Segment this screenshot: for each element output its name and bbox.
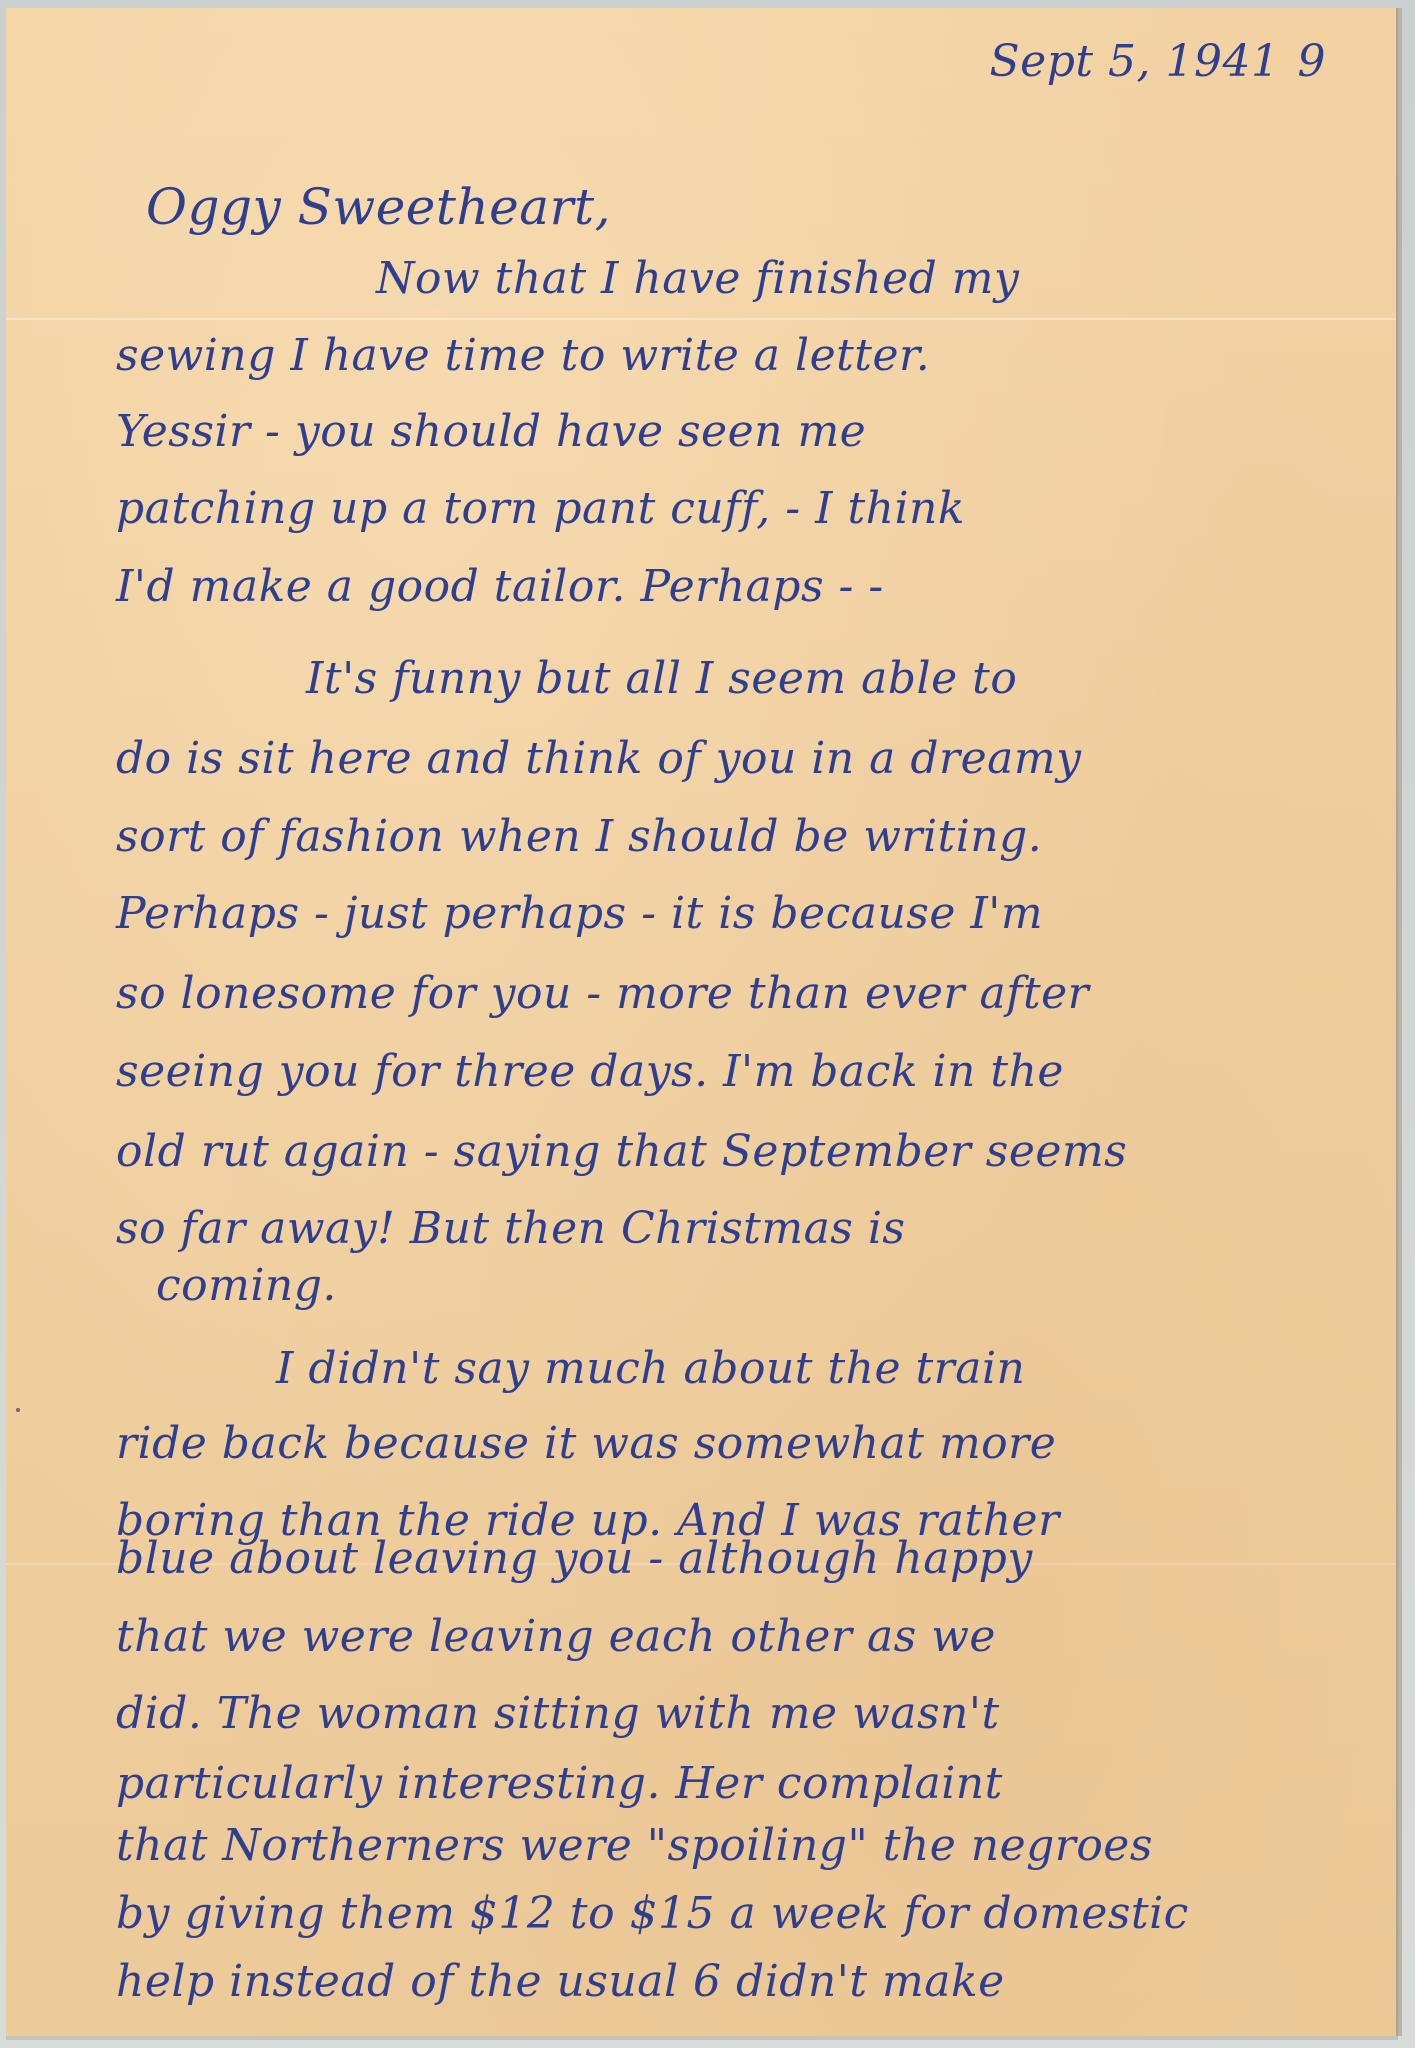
letter-line: help instead of the usual 6 didn't make — [116, 1956, 1005, 2007]
letter-line: Perhaps - just perhaps - it is because I… — [116, 888, 1043, 939]
letter-line: that Northerners were "spoiling" the neg… — [116, 1820, 1153, 1871]
date-text: Sept 5, 1941 — [990, 36, 1280, 87]
letter-line: sort of fashion when I should be writing… — [116, 811, 1042, 862]
letter-line: do is sit here and think of you in a dre… — [116, 733, 1081, 784]
letter-page: Sept 5, 19419 Oggy Sweetheart, Now that … — [6, 8, 1398, 2036]
letter-line: by giving them $12 to $15 a week for dom… — [116, 1888, 1189, 1939]
scan-background: Sept 5, 19419 Oggy Sweetheart, Now that … — [0, 0, 1415, 2048]
letter-line: It's funny but all I seem able to — [306, 653, 1017, 704]
letter-line: blue about leaving you - although happy — [116, 1533, 1033, 1584]
letter-line: old rut again - saying that September se… — [116, 1126, 1127, 1177]
letter-line: that we were leaving each other as we — [116, 1611, 996, 1662]
salutation: Oggy Sweetheart, — [146, 178, 611, 236]
letter-line: seeing you for three days. I'm back in t… — [116, 1046, 1064, 1097]
letter-line: so lonesome for you - more than ever aft… — [116, 968, 1089, 1019]
letter-line: coming. — [156, 1260, 337, 1311]
letter-line: ride back because it was somewhat more — [116, 1418, 1056, 1469]
letter-line: sewing I have time to write a letter. — [116, 330, 930, 381]
letter-line: did. The woman sitting with me wasn't — [116, 1688, 1000, 1739]
letter-date: Sept 5, 19419 — [990, 36, 1326, 87]
letter-line: I didn't say much about the train — [276, 1343, 1025, 1394]
letter-line: Now that I have finished my — [376, 253, 1019, 304]
letter-line: I'd make a good tailor. Perhaps - - — [116, 561, 884, 612]
letter-line: particularly interesting. Her complaint — [116, 1758, 1003, 1809]
ink-speck — [16, 1408, 20, 1412]
page-number: 9 — [1298, 36, 1327, 87]
letter-line: patching up a torn pant cuff, - I think — [116, 483, 965, 534]
paper-crease — [6, 318, 1396, 320]
letter-line: so far away! But then Christmas is — [116, 1203, 906, 1254]
letter-line: Yessir - you should have seen me — [116, 406, 866, 457]
